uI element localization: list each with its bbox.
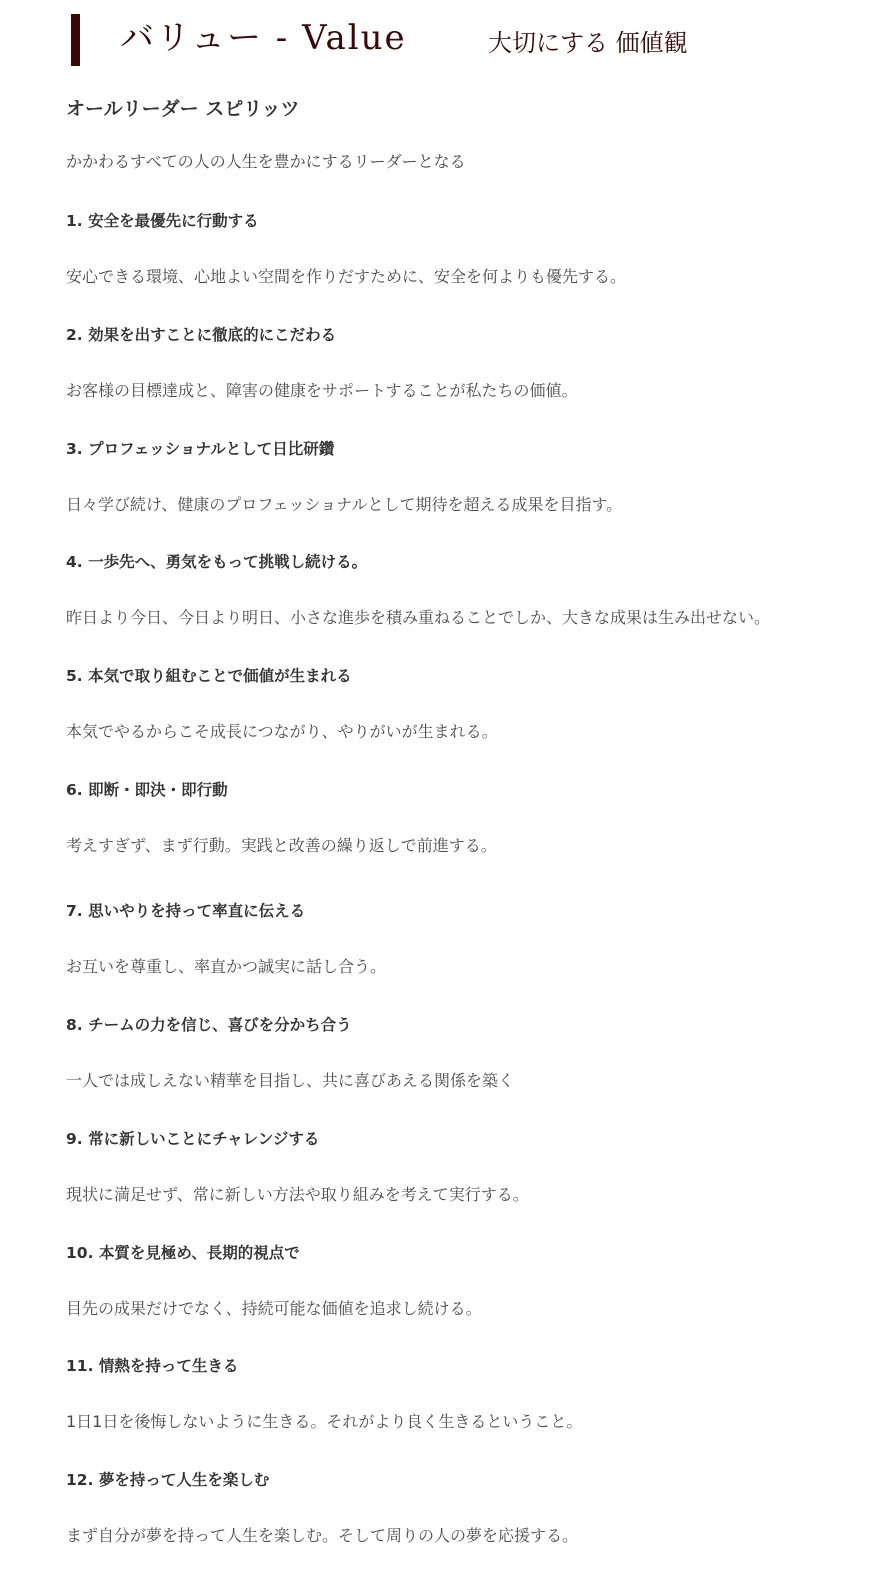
- section-intro: かかわるすべての人の人生を豊かにするリーダーとなる: [66, 150, 866, 174]
- value-item: 3. プロフェッショナルとして日比研鑽 日々学び続け、健康のプロフェッショナルと…: [66, 437, 622, 517]
- value-description: 安心できる環境、心地よい空間を作りだすために、安全を何よりも優先する。: [66, 265, 626, 289]
- value-description: お互いを尊重し、率直かつ誠実に話し合う。: [66, 955, 386, 979]
- value-description: 昨日より今日、今日より明日、小さな進歩を積み重ねることでしか、大きな成果は生み出…: [66, 606, 770, 630]
- value-item: 4. 一歩先へ、勇気をもって挑戦し続ける。 昨日より今日、今日より明日、小さな進…: [66, 550, 770, 630]
- section-title: オールリーダー スピリッツ: [66, 94, 866, 124]
- value-item: 11. 情熱を持って生きる 1日1日を後悔しないように生きる。それがより良く生き…: [66, 1354, 582, 1434]
- page-title: バリュー - Value: [120, 16, 407, 60]
- value-heading: 9. 常に新しいことにチャレンジする: [66, 1127, 529, 1151]
- value-item: 5. 本気で取り組むことで価値が生まれる 本気でやるからこそ成長につながり、やり…: [66, 664, 498, 744]
- value-item: 10. 本質を見極め、長期的視点で 目先の成果だけでなく、持続可能な価値を追求し…: [66, 1241, 482, 1321]
- value-heading: 12. 夢を持って人生を楽しむ: [66, 1468, 578, 1492]
- value-heading: 8. チームの力を信じ、喜びを分かち合う: [66, 1013, 514, 1037]
- value-description: 一人では成しえない精華を目指し、共に喜びあえる関係を築く: [66, 1069, 514, 1093]
- value-description: 目先の成果だけでなく、持続可能な価値を追求し続ける。: [66, 1297, 482, 1321]
- value-item: 9. 常に新しいことにチャレンジする 現状に満足せず、常に新しい方法や取り組みを…: [66, 1127, 529, 1207]
- value-item: 8. チームの力を信じ、喜びを分かち合う 一人では成しえない精華を目指し、共に喜…: [66, 1013, 514, 1093]
- value-heading: 3. プロフェッショナルとして日比研鑽: [66, 437, 622, 461]
- page-subtitle: 大切にする 価値観: [488, 26, 688, 60]
- value-heading: 7. 思いやりを持って率直に伝える: [66, 899, 386, 923]
- value-heading: 1. 安全を最優先に行動する: [66, 209, 626, 233]
- value-heading: 6. 即断・即決・即行動: [66, 778, 497, 802]
- value-heading: 4. 一歩先へ、勇気をもって挑戦し続ける。: [66, 550, 770, 574]
- value-description: 現状に満足せず、常に新しい方法や取り組みを考えて実行する。: [66, 1183, 529, 1207]
- value-description: 考えすぎず、まず行動。実践と改善の繰り返しで前進する。: [66, 834, 497, 858]
- accent-bar: [71, 14, 80, 66]
- value-item: 1. 安全を最優先に行動する 安心できる環境、心地よい空間を作りだすために、安全…: [66, 209, 626, 289]
- values-content: オールリーダー スピリッツ かかわるすべての人の人生を豊かにするリーダーとなる …: [66, 94, 866, 174]
- value-description: 1日1日を後悔しないように生きる。それがより良く生きるということ。: [66, 1410, 582, 1434]
- value-description: 日々学び続け、健康のプロフェッショナルとして期待を超える成果を目指す。: [66, 493, 622, 517]
- value-description: お客様の目標達成と、障害の健康をサポートすることが私たちの価値。: [66, 379, 578, 403]
- value-heading: 10. 本質を見極め、長期的視点で: [66, 1241, 482, 1265]
- value-description: まず自分が夢を持って人生を楽しむ。そして周りの人の夢を応援する。: [66, 1524, 578, 1548]
- value-item: 12. 夢を持って人生を楽しむ まず自分が夢を持って人生を楽しむ。そして周りの人…: [66, 1468, 578, 1548]
- value-heading: 2. 効果を出すことに徹底的にこだわる: [66, 323, 578, 347]
- value-item: 2. 効果を出すことに徹底的にこだわる お客様の目標達成と、障害の健康をサポート…: [66, 323, 578, 403]
- value-item: 6. 即断・即決・即行動 考えすぎず、まず行動。実践と改善の繰り返しで前進する。: [66, 778, 497, 858]
- value-heading: 5. 本気で取り組むことで価値が生まれる: [66, 664, 498, 688]
- value-description: 本気でやるからこそ成長につながり、やりがいが生まれる。: [66, 720, 498, 744]
- value-item: 7. 思いやりを持って率直に伝える お互いを尊重し、率直かつ誠実に話し合う。: [66, 899, 386, 979]
- page-header: バリュー - Value 大切にする 価値観: [0, 0, 886, 80]
- value-heading: 11. 情熱を持って生きる: [66, 1354, 582, 1378]
